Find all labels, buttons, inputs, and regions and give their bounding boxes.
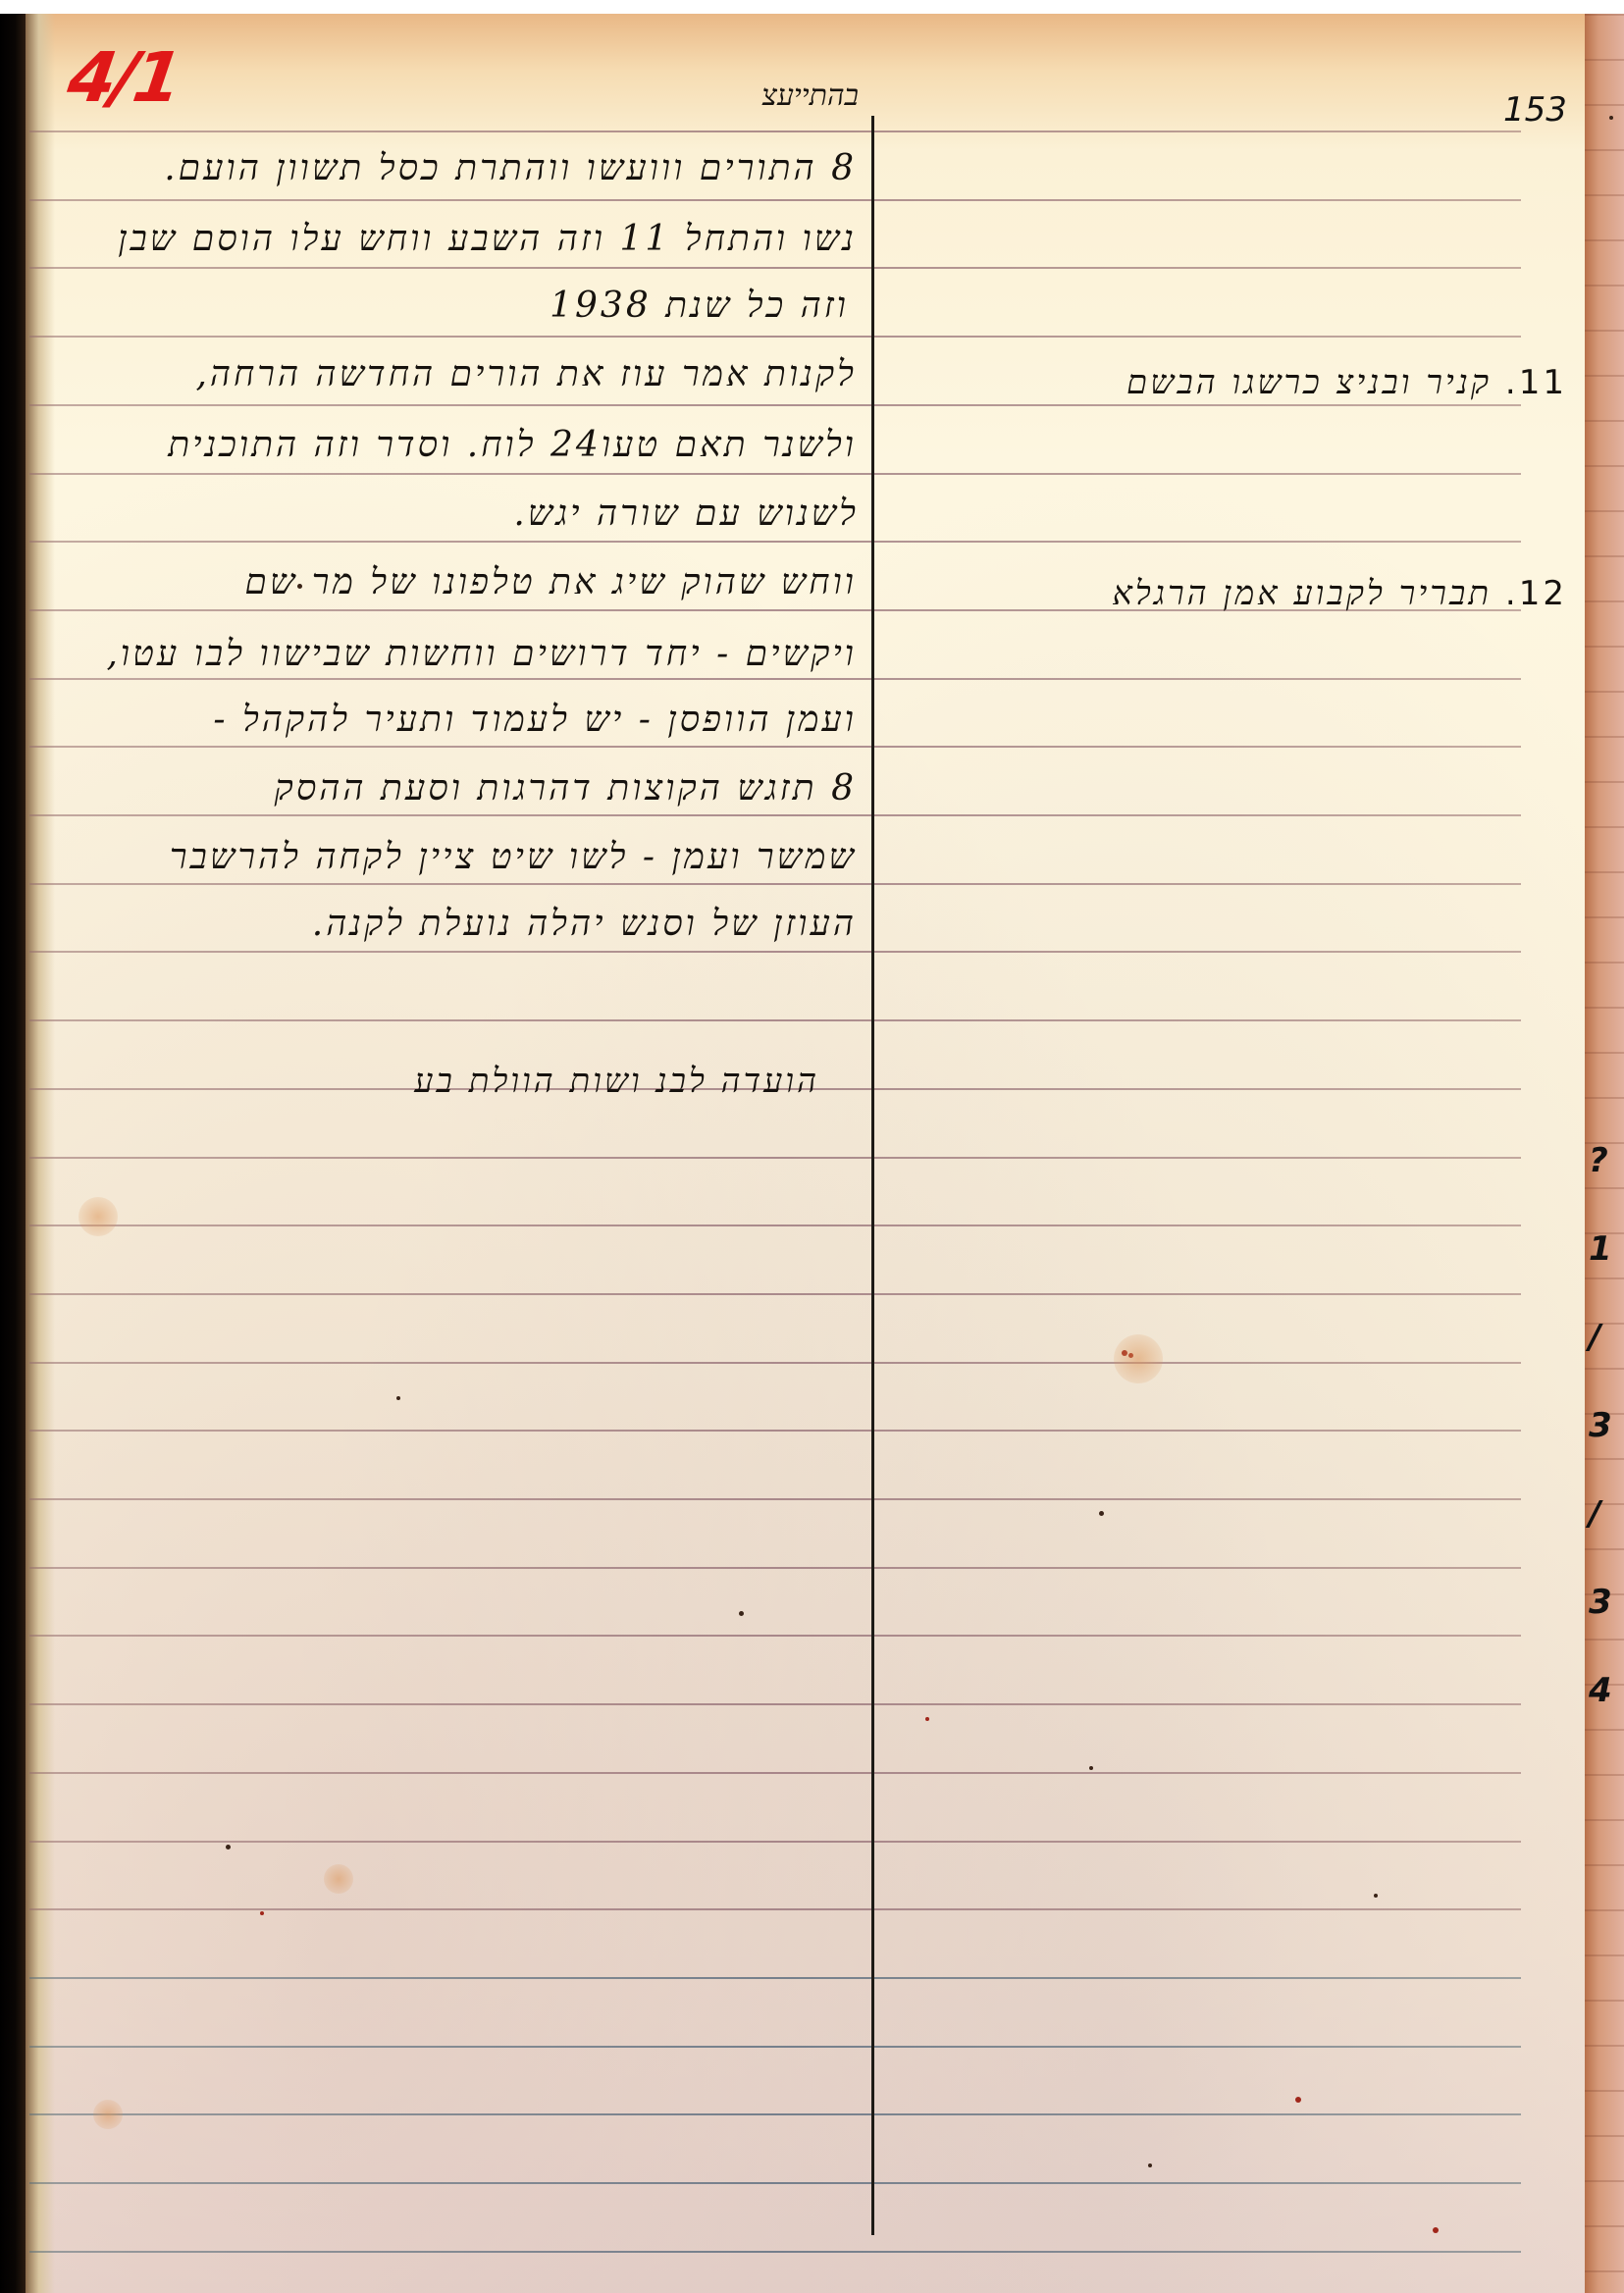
edge-mark: / <box>1589 1315 1618 1360</box>
ink-speck <box>396 1396 400 1400</box>
agenda-item-text: תבריר לקבוע אמן הרגלא <box>1112 574 1492 613</box>
signature-line: הועדה לבנ ושות הוולת בע <box>414 1062 819 1101</box>
ruled-line <box>29 1498 1521 1500</box>
ruled-line <box>29 267 1521 269</box>
edge-mark: ? <box>1589 1138 1618 1183</box>
ruled-line <box>29 814 1521 816</box>
ink-speck <box>1433 2227 1439 2233</box>
ruled-line <box>29 883 1521 885</box>
ruled-line <box>29 199 1521 201</box>
edge-mark: 3 <box>1589 1580 1618 1625</box>
ruled-line <box>29 1977 1521 1979</box>
ruled-line <box>29 541 1521 543</box>
ruled-line <box>29 746 1521 748</box>
ruled-line <box>29 1703 1521 1705</box>
ruled-line <box>29 1841 1521 1843</box>
paper-stain <box>1114 1334 1163 1383</box>
left-column-heading: בהתייעצ <box>761 78 859 113</box>
ruled-line <box>29 1362 1521 1364</box>
folio-marker-text: 4/1 <box>63 37 183 118</box>
edge-mark: 3 <box>1589 1403 1618 1448</box>
edge-marks: ?1/3/34 <box>1589 1138 1618 1766</box>
ruled-line <box>29 1157 1521 1159</box>
ruled-line <box>29 2046 1521 2048</box>
ink-speck <box>1099 1511 1104 1516</box>
handwritten-line: וזה כל שנת 1938 <box>550 285 849 326</box>
paper-stain <box>93 2100 123 2129</box>
ink-speck <box>925 1717 929 1721</box>
ruled-line <box>29 1772 1521 1774</box>
handwritten-line: שמשר ועמן - לשו שיט ציין לקחה להרשבר <box>170 836 857 877</box>
edge-mark: 4 <box>1589 1668 1618 1713</box>
ink-speck <box>1089 1766 1093 1770</box>
binding-edge <box>0 14 26 2293</box>
ruled-line <box>29 1430 1521 1432</box>
agenda-item-number: 12. <box>1492 574 1567 613</box>
ruled-line <box>29 404 1521 406</box>
ruled-line <box>29 2113 1521 2115</box>
ruled-line <box>29 951 1521 953</box>
ink-speck <box>1148 2163 1152 2167</box>
handwritten-line: ועמן הוופסן - יש לעמוד ותעיר להקהל - <box>213 699 857 740</box>
column-divider <box>871 116 874 2235</box>
ruled-line <box>29 2182 1521 2184</box>
ruled-line <box>29 130 1521 132</box>
ruled-line <box>29 1293 1521 1295</box>
handwritten-line: ולשנר תאם טעו24 לוח. וסדר וזה התוכנית <box>168 424 857 465</box>
edge-mark: 1 <box>1589 1226 1618 1272</box>
ruled-line <box>29 336 1521 338</box>
handwritten-line: ויקשים - יחד דרושים ווחשות שבישוו לבו עט… <box>106 633 857 674</box>
ruled-line <box>29 2251 1521 2253</box>
ruled-line <box>29 1908 1521 1910</box>
handwritten-line: לשנוש עם שורה יגש. <box>513 493 859 534</box>
ink-speck <box>1295 2097 1301 2103</box>
ruled-line <box>29 1019 1521 1021</box>
edge-mark: / <box>1589 1491 1618 1537</box>
agenda-item-text: קניר ובניצ כרשגו הבשם <box>1126 363 1492 402</box>
paper-stain <box>79 1197 118 1236</box>
ink-speck <box>1374 1894 1378 1898</box>
paper-stain <box>324 1864 353 1894</box>
folio-marker: 4/1 <box>63 37 183 118</box>
ruled-line <box>29 1225 1521 1226</box>
handwritten-line: נשו והתחל 11 וזה השבע ווחש עלו הוסם שבן <box>118 218 857 259</box>
agenda-item: 11. קניר ובניצ כרשגו הבשם <box>1126 363 1567 402</box>
ruled-line <box>29 473 1521 475</box>
binding-shadow <box>26 14 55 2293</box>
ruled-line <box>29 678 1521 680</box>
ink-speck <box>226 1845 231 1850</box>
handwritten-line: לקנות אמר עוז את הורים החדשה הרחה, <box>195 353 857 394</box>
handwritten-line: 8 התורים ווועשו ווהתרת כסל תשוון הועם. <box>164 147 857 188</box>
agenda-item-number: 11. <box>1492 363 1567 402</box>
ink-speck <box>297 584 302 589</box>
page-number: 153 <box>1503 90 1567 130</box>
scanned-page: 4/1 153 בהתייעצ 8 התורים ווועשו ווהתרת כ… <box>0 0 1624 2293</box>
ink-speck <box>1609 116 1613 120</box>
ruled-line <box>29 1635 1521 1637</box>
agenda-item: 12. תבריר לקבוע אמן הרגלא <box>1112 574 1567 613</box>
ink-speck <box>739 1611 744 1616</box>
handwritten-line: ווחש שהוק שיג את טלפונו של מר שם <box>244 561 857 602</box>
ink-speck <box>260 1911 264 1915</box>
ruled-line <box>29 1567 1521 1569</box>
handwritten-line: העוזן של וסנש יהלה נועלת לקנה. <box>312 903 857 944</box>
handwritten-line: 8 תזגש הקוצות דהרגות וסעת ההסק <box>275 767 857 808</box>
